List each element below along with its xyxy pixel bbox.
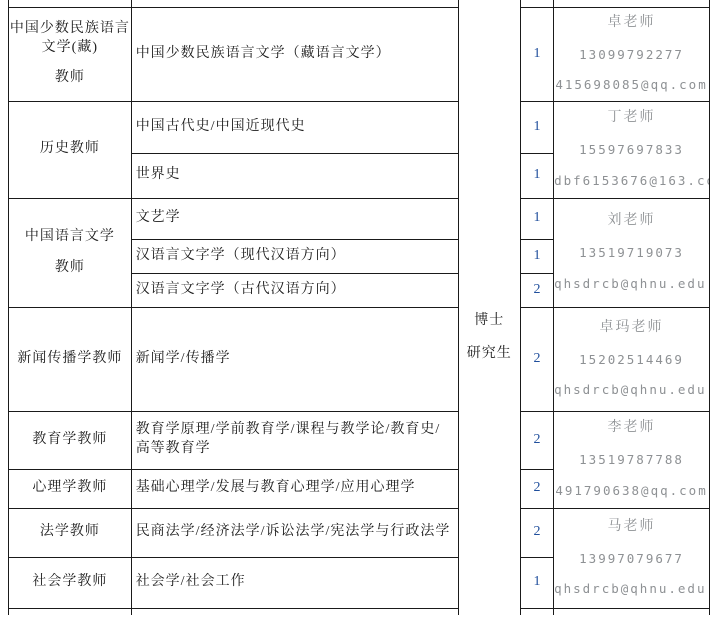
degree-requirement-cell: 博士 研究生 — [458, 0, 520, 615]
major-cell: 文艺学 — [131, 198, 458, 239]
clipped-cell — [9, 0, 132, 7]
count-cell: 2 — [520, 307, 553, 411]
position-cell-journalism: 新闻传播学教师 — [9, 307, 132, 411]
position-line: 社会学教师 — [9, 573, 131, 592]
position-cell-minority-language: 中国少数民族语言 文学(藏) 教师 — [9, 7, 132, 101]
clipped-cell — [554, 608, 710, 615]
contact-email: 415698085@qq.com — [554, 77, 709, 94]
major-cell: 中国古代史/中国近现代史 — [131, 101, 458, 153]
count-cell: 1 — [520, 557, 553, 608]
contact-phone: 13519719073 — [554, 245, 709, 262]
contact-name: 卓老师 — [554, 14, 709, 33]
contact-phone: 13519787788 — [554, 452, 709, 469]
count-cell: 1 — [520, 101, 553, 153]
major-cell: 民商法学/经济法学/诉讼法学/宪法学与行政法学 — [131, 508, 458, 557]
contact-email: qhsdrcb@qhnu.edu.cn — [554, 382, 709, 399]
position-cell-history: 历史教师 — [9, 101, 132, 198]
document-page: 博士 研究生 中国少数民族语言 文学(藏) 教师 中国少数民族语言文学（藏语言文… — [0, 0, 719, 628]
position-line: 中国少数民族语言 — [9, 20, 131, 39]
major-cell: 基础心理学/发展与教育心理学/应用心理学 — [131, 469, 458, 508]
position-line: 文学(藏) — [9, 39, 131, 58]
clipped-cell — [131, 0, 458, 7]
position-line: 历史教师 — [9, 140, 131, 159]
count-cell: 1 — [520, 239, 553, 273]
table-row: 中国语言文学 教师 文艺学 1 刘老师 13519719073 qhsdrcb@… — [9, 198, 710, 239]
position-cell-education: 教育学教师 — [9, 411, 132, 469]
contact-email: dbf6153676@163.com — [554, 173, 709, 190]
position-cell-chinese-literature: 中国语言文学 教师 — [9, 198, 132, 307]
contact-phone: 15202514469 — [554, 352, 709, 369]
contact-phone: 13997079677 — [554, 551, 709, 568]
position-line: 教师 — [9, 259, 131, 278]
contact-name: 刘老师 — [554, 212, 709, 231]
contact-name: 卓玛老师 — [554, 319, 709, 338]
clipped-cell — [520, 0, 553, 7]
table-row: 中国少数民族语言 文学(藏) 教师 中国少数民族语言文学（藏语言文学） 1 卓老… — [9, 7, 710, 101]
contact-cell-liu: 刘老师 13519719073 qhsdrcb@qhnu.edu.cn — [554, 198, 710, 307]
major-cell: 教育学原理/学前教育学/课程与教学论/教育史/高等教育学 — [131, 411, 458, 469]
position-line: 教师 — [9, 69, 131, 88]
contact-cell-ma: 马老师 13997079677 qhsdrcb@qhnu.edu.cn — [554, 508, 710, 608]
position-cell-psychology: 心理学教师 — [9, 469, 132, 508]
contact-email: qhsdrcb@qhnu.edu.cn — [554, 276, 709, 293]
count-cell: 2 — [520, 411, 553, 469]
count-cell: 1 — [520, 198, 553, 239]
position-line: 教育学教师 — [9, 431, 131, 450]
count-cell: 2 — [520, 508, 553, 557]
contact-phone: 13099792277 — [554, 47, 709, 64]
position-line: 心理学教师 — [9, 479, 131, 498]
contact-email: 491790638@qq.com — [554, 483, 709, 500]
position-line: 新闻传播学教师 — [9, 350, 131, 369]
contact-phone: 15597697833 — [554, 142, 709, 159]
contact-name: 丁老师 — [554, 109, 709, 128]
major-cell: 汉语言文字学（古代汉语方向） — [131, 273, 458, 307]
count-cell: 2 — [520, 273, 553, 307]
contact-cell-zhuoma: 卓玛老师 15202514469 qhsdrcb@qhnu.edu.cn — [554, 307, 710, 411]
table-row-clipped-top: 博士 研究生 — [9, 0, 710, 7]
position-line: 法学教师 — [9, 523, 131, 542]
count-cell: 1 — [520, 153, 553, 198]
contact-name: 马老师 — [554, 518, 709, 537]
position-cell-law: 法学教师 — [9, 508, 132, 557]
clipped-cell — [131, 608, 458, 615]
contact-name: 李老师 — [554, 419, 709, 438]
count-cell: 1 — [520, 7, 553, 101]
recruitment-table: 博士 研究生 中国少数民族语言 文学(藏) 教师 中国少数民族语言文学（藏语言文… — [8, 0, 710, 615]
clipped-cell — [520, 608, 553, 615]
major-cell: 社会学/社会工作 — [131, 557, 458, 608]
contact-cell-zhuo: 卓老师 13099792277 415698085@qq.com — [554, 7, 710, 101]
contact-email: qhsdrcb@qhnu.edu.cn — [554, 581, 709, 598]
major-cell: 中国少数民族语言文学（藏语言文学） — [131, 7, 458, 101]
table-row: 历史教师 中国古代史/中国近现代史 1 丁老师 15597697833 dbf6… — [9, 101, 710, 153]
table-row: 法学教师 民商法学/经济法学/诉讼法学/宪法学与行政法学 2 马老师 13997… — [9, 508, 710, 557]
clipped-cell — [9, 608, 132, 615]
table-row: 新闻传播学教师 新闻学/传播学 2 卓玛老师 15202514469 qhsdr… — [9, 307, 710, 411]
position-cell-sociology: 社会学教师 — [9, 557, 132, 608]
position-line: 中国语言文学 — [9, 228, 131, 247]
degree-line-1: 博士 — [459, 312, 520, 331]
contact-cell-li: 李老师 13519787788 491790638@qq.com — [554, 411, 710, 508]
table-row-clipped-bottom — [9, 608, 710, 615]
count-cell: 2 — [520, 469, 553, 508]
major-cell: 新闻学/传播学 — [131, 307, 458, 411]
clipped-cell — [554, 0, 710, 7]
table-row: 教育学教师 教育学原理/学前教育学/课程与教学论/教育史/高等教育学 2 李老师… — [9, 411, 710, 469]
major-cell: 汉语言文字学（现代汉语方向） — [131, 239, 458, 273]
contact-cell-ding: 丁老师 15597697833 dbf6153676@163.com — [554, 101, 710, 198]
major-cell: 世界史 — [131, 153, 458, 198]
degree-line-2: 研究生 — [459, 345, 520, 364]
